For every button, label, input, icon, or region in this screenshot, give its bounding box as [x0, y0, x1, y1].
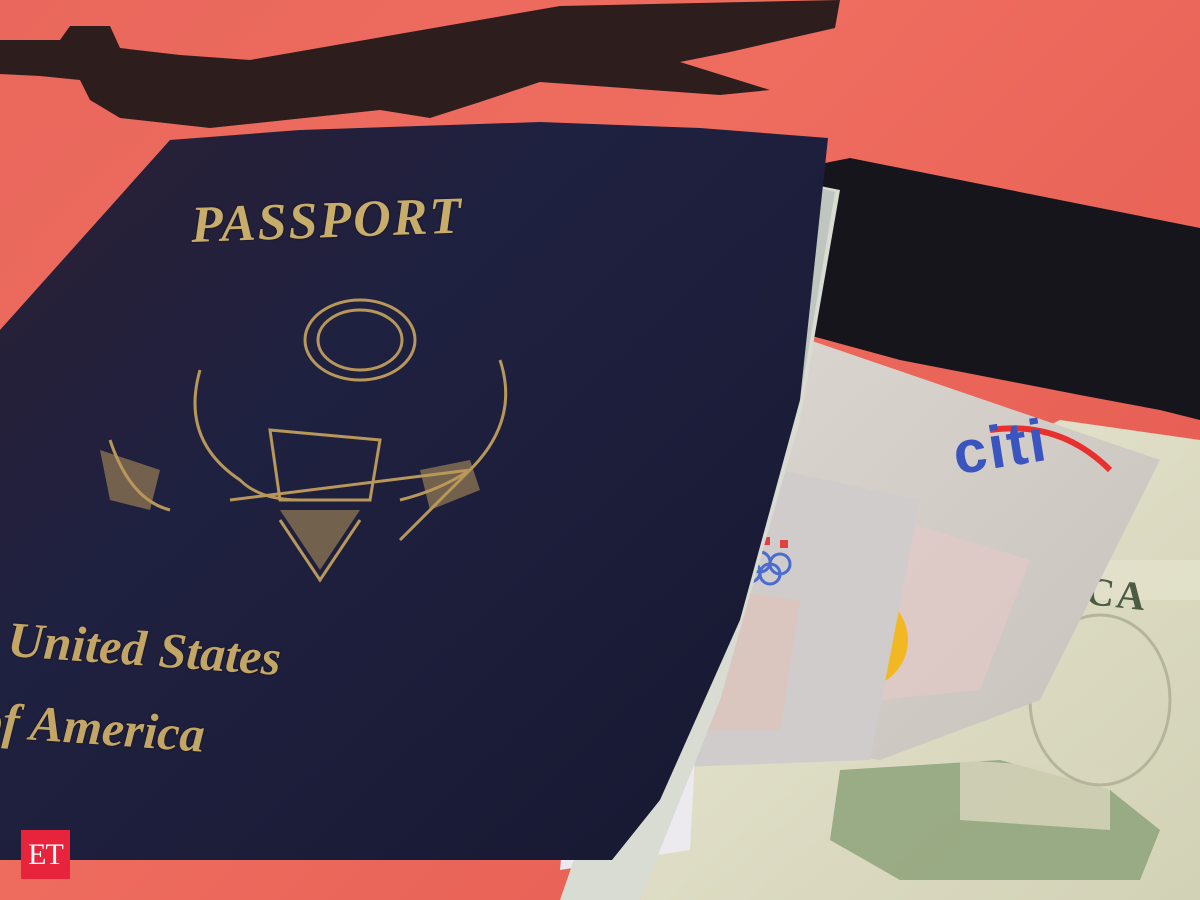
photo-scene: RICA citi Card: [0, 0, 1200, 900]
et-logo-text: ET: [28, 838, 63, 872]
et-logo: ET: [21, 830, 70, 879]
great-seal-eagle-icon: [0, 0, 1200, 900]
